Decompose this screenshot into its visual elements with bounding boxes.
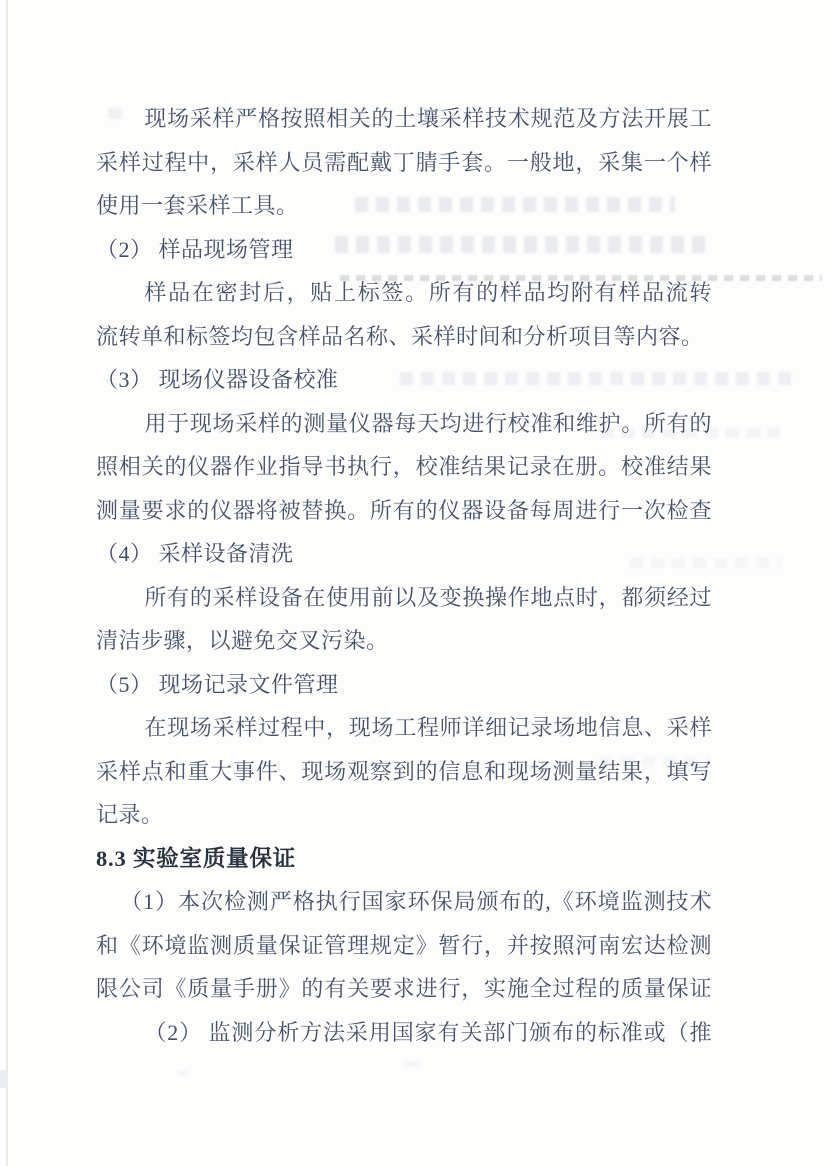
body-text-line: 限公司《质量手册》的有关要求进行，实施全过程的质量保证和控制。 xyxy=(96,967,712,1011)
body-text-line: 现场采样严格按照相关的土壤采样技术规范及方法开展工作。在 xyxy=(96,97,712,141)
body-text-line: 采样过程中，采样人员需配戴丁腈手套。一般地，采集一个样品要求 xyxy=(96,141,712,185)
body-text-line: 使用一套采样工具。 xyxy=(96,184,712,228)
scan-artifact xyxy=(0,1070,6,1088)
section-heading: 8.3 实验室质量保证 xyxy=(96,837,712,881)
scanned-document-page: 现场采样严格按照相关的土壤采样技术规范及方法开展工作。在采样过程中，采样人员需配… xyxy=(0,0,825,1166)
body-text-line: 用于现场采样的测量仪器每天均进行校准和维护。所有的校准按 xyxy=(96,402,712,446)
body-text-line: 采样点和重大事件、现场观察到的信息和现场测量结果，填写相关的 xyxy=(96,750,712,794)
scan-artifact xyxy=(178,1071,188,1075)
list-item-heading: （5） 现场记录文件管理 xyxy=(96,663,712,707)
list-item-heading: （3） 现场仪器设备校准 xyxy=(96,358,712,402)
body-text-line: （1）本次检测严格执行国家环保局颁布的,《环境监测技术规范》 xyxy=(96,880,712,924)
body-text-line: 记录。 xyxy=(96,793,712,837)
list-item-heading: （4） 采样设备清洗 xyxy=(96,532,712,576)
body-text-line: 照相关的仪器作业指导书执行，校准结果记录在册。校准结果达不到 xyxy=(96,445,712,489)
body-text-line: 清洁步骤，以避免交叉污染。 xyxy=(96,619,712,663)
body-text-line: 和《环境监测质量保证管理规定》暂行，并按照河南宏达检测技术有 xyxy=(96,924,712,968)
scan-artifact xyxy=(405,1062,419,1066)
list-item-heading: （2） 样品现场管理 xyxy=(96,228,712,272)
body-text-line: 在现场采样过程中，现场工程师详细记录场地信息、采样过程、 xyxy=(96,706,712,750)
body-text-line: 测量要求的仪器将被替换。所有的仪器设备每周进行一次检查和维护。 xyxy=(96,489,712,533)
body-text-line: 所有的采样设备在使用前以及变换操作地点时，都须经过严格的 xyxy=(96,576,712,620)
scan-edge-artifact xyxy=(6,0,8,1166)
body-text-line: 样品在密封后，贴上标签。所有的样品均附有样品流转单。样品 xyxy=(96,271,712,315)
body-text-line: 流转单和标签均包含样品名称、采样时间和分析项目等内容。 xyxy=(96,315,712,359)
document-text-block: 现场采样严格按照相关的土壤采样技术规范及方法开展工作。在采样过程中，采样人员需配… xyxy=(96,97,712,1054)
body-text-line: （2） 监测分析方法采用国家有关部门颁布的标准或（推荐）分 xyxy=(96,1011,712,1055)
